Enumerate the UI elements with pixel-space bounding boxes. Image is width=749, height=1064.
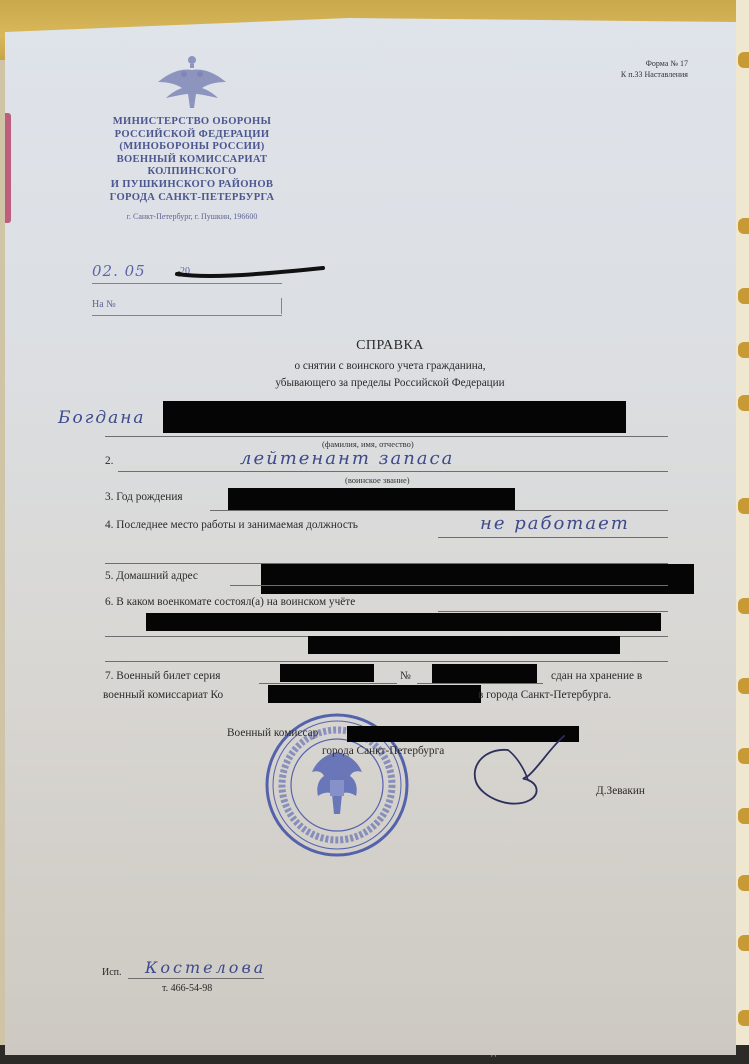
redacted-military-id-series — [280, 664, 374, 682]
subtitle-line-2: убывающего за пределы Российской Федерац… — [170, 375, 610, 392]
signer-name: Д.Зевакин — [596, 785, 645, 797]
executor-name-handwritten: Костелова — [145, 958, 266, 977]
stamp-line: Колпинского — [82, 166, 302, 179]
incoming-number-field: На № — [92, 296, 282, 316]
stamp-line: Министерство обороны — [82, 116, 302, 129]
redacted-registered-at-2 — [308, 636, 620, 654]
executor-line — [128, 978, 264, 979]
registered-at-line-1 — [438, 611, 668, 612]
registered-at-label: 6. В каком военкомате состоял(а) на воин… — [105, 596, 355, 608]
workplace-line-1 — [438, 537, 668, 538]
subtitle-line-1: о снятии с воинского учета гражданина, — [170, 358, 610, 375]
binder-strip — [736, 0, 749, 1064]
birth-year-line — [210, 510, 668, 511]
redacted-military-id-number — [432, 664, 537, 684]
redacted-registered-at-1 — [146, 613, 661, 631]
full-name-handwritten: Богдана — [58, 408, 146, 428]
handwritten-date: 02. 05 — [92, 262, 146, 280]
redacted-commissariat-name — [268, 685, 481, 703]
military-id-suffix: сдан на хранение в — [551, 670, 642, 682]
double-headed-eagle-emblem-icon — [152, 52, 232, 112]
rank-caption: (воинское звание) — [345, 475, 410, 485]
birth-year-label: 3. Год рождения — [105, 491, 183, 503]
stamp-line: города Санкт-Петербурга — [82, 192, 302, 205]
rank-handwritten: лейтенант запаса — [240, 448, 454, 469]
stamp-line: Военный комиссариат — [82, 154, 302, 167]
military-id-line2-suffix: в города Санкт-Петербурга. — [478, 689, 611, 701]
issuer-stamp: Министерство обороны Российской Федераци… — [82, 52, 302, 221]
rank-line — [118, 471, 668, 472]
document-title: СПРАВКА — [200, 338, 580, 354]
redacted-home-address — [261, 564, 694, 594]
full-name-line — [105, 436, 668, 437]
registered-at-line-3 — [105, 661, 668, 662]
executor-label: Исп. — [102, 967, 122, 978]
scribbled-out-number-icon — [175, 266, 325, 280]
redacted-full-name — [163, 401, 626, 433]
commissar-title: Военный комиссар — [227, 727, 318, 739]
military-id-number-label: № — [400, 670, 411, 682]
military-id-line2-prefix: военный комиссариат Ко — [103, 689, 223, 701]
handwritten-signature-icon — [468, 728, 598, 813]
underlying-red-stamp-edge — [5, 113, 11, 223]
home-address-label: 5. Домашний адрес — [105, 570, 198, 582]
document-subtitle: о снятии с воинского учета гражданина, у… — [170, 358, 610, 392]
redacted-birth-year — [228, 488, 515, 510]
stamp-line: (Минобороны России) — [82, 141, 302, 154]
military-id-label: 7. Военный билет серия — [105, 670, 220, 682]
rank-number: 2. — [105, 455, 113, 467]
form-number: Форма № 17 — [560, 58, 688, 69]
commissar-city: города Санкт-Петербурга — [322, 745, 444, 757]
stamp-line: Российской Федерации — [82, 129, 302, 142]
incoming-number-label: На № — [92, 299, 116, 310]
form-reference: К п.33 Наставления — [560, 69, 688, 80]
executor-phone: т. 466-54-98 — [162, 983, 212, 994]
workplace-label: 4. Последнее место работы и занимаемая д… — [105, 519, 358, 531]
workplace-handwritten: не работает — [480, 513, 630, 534]
stamp-address: г. Санкт-Петербург, г. Пушкин, 196600 — [82, 212, 302, 221]
form-number-block: Форма № 17 К п.33 Наставления — [560, 58, 688, 80]
stamp-line: и Пушкинского районов — [82, 179, 302, 192]
home-address-line — [230, 585, 668, 586]
military-id-number-line — [417, 683, 543, 684]
military-id-series-line — [259, 683, 397, 684]
